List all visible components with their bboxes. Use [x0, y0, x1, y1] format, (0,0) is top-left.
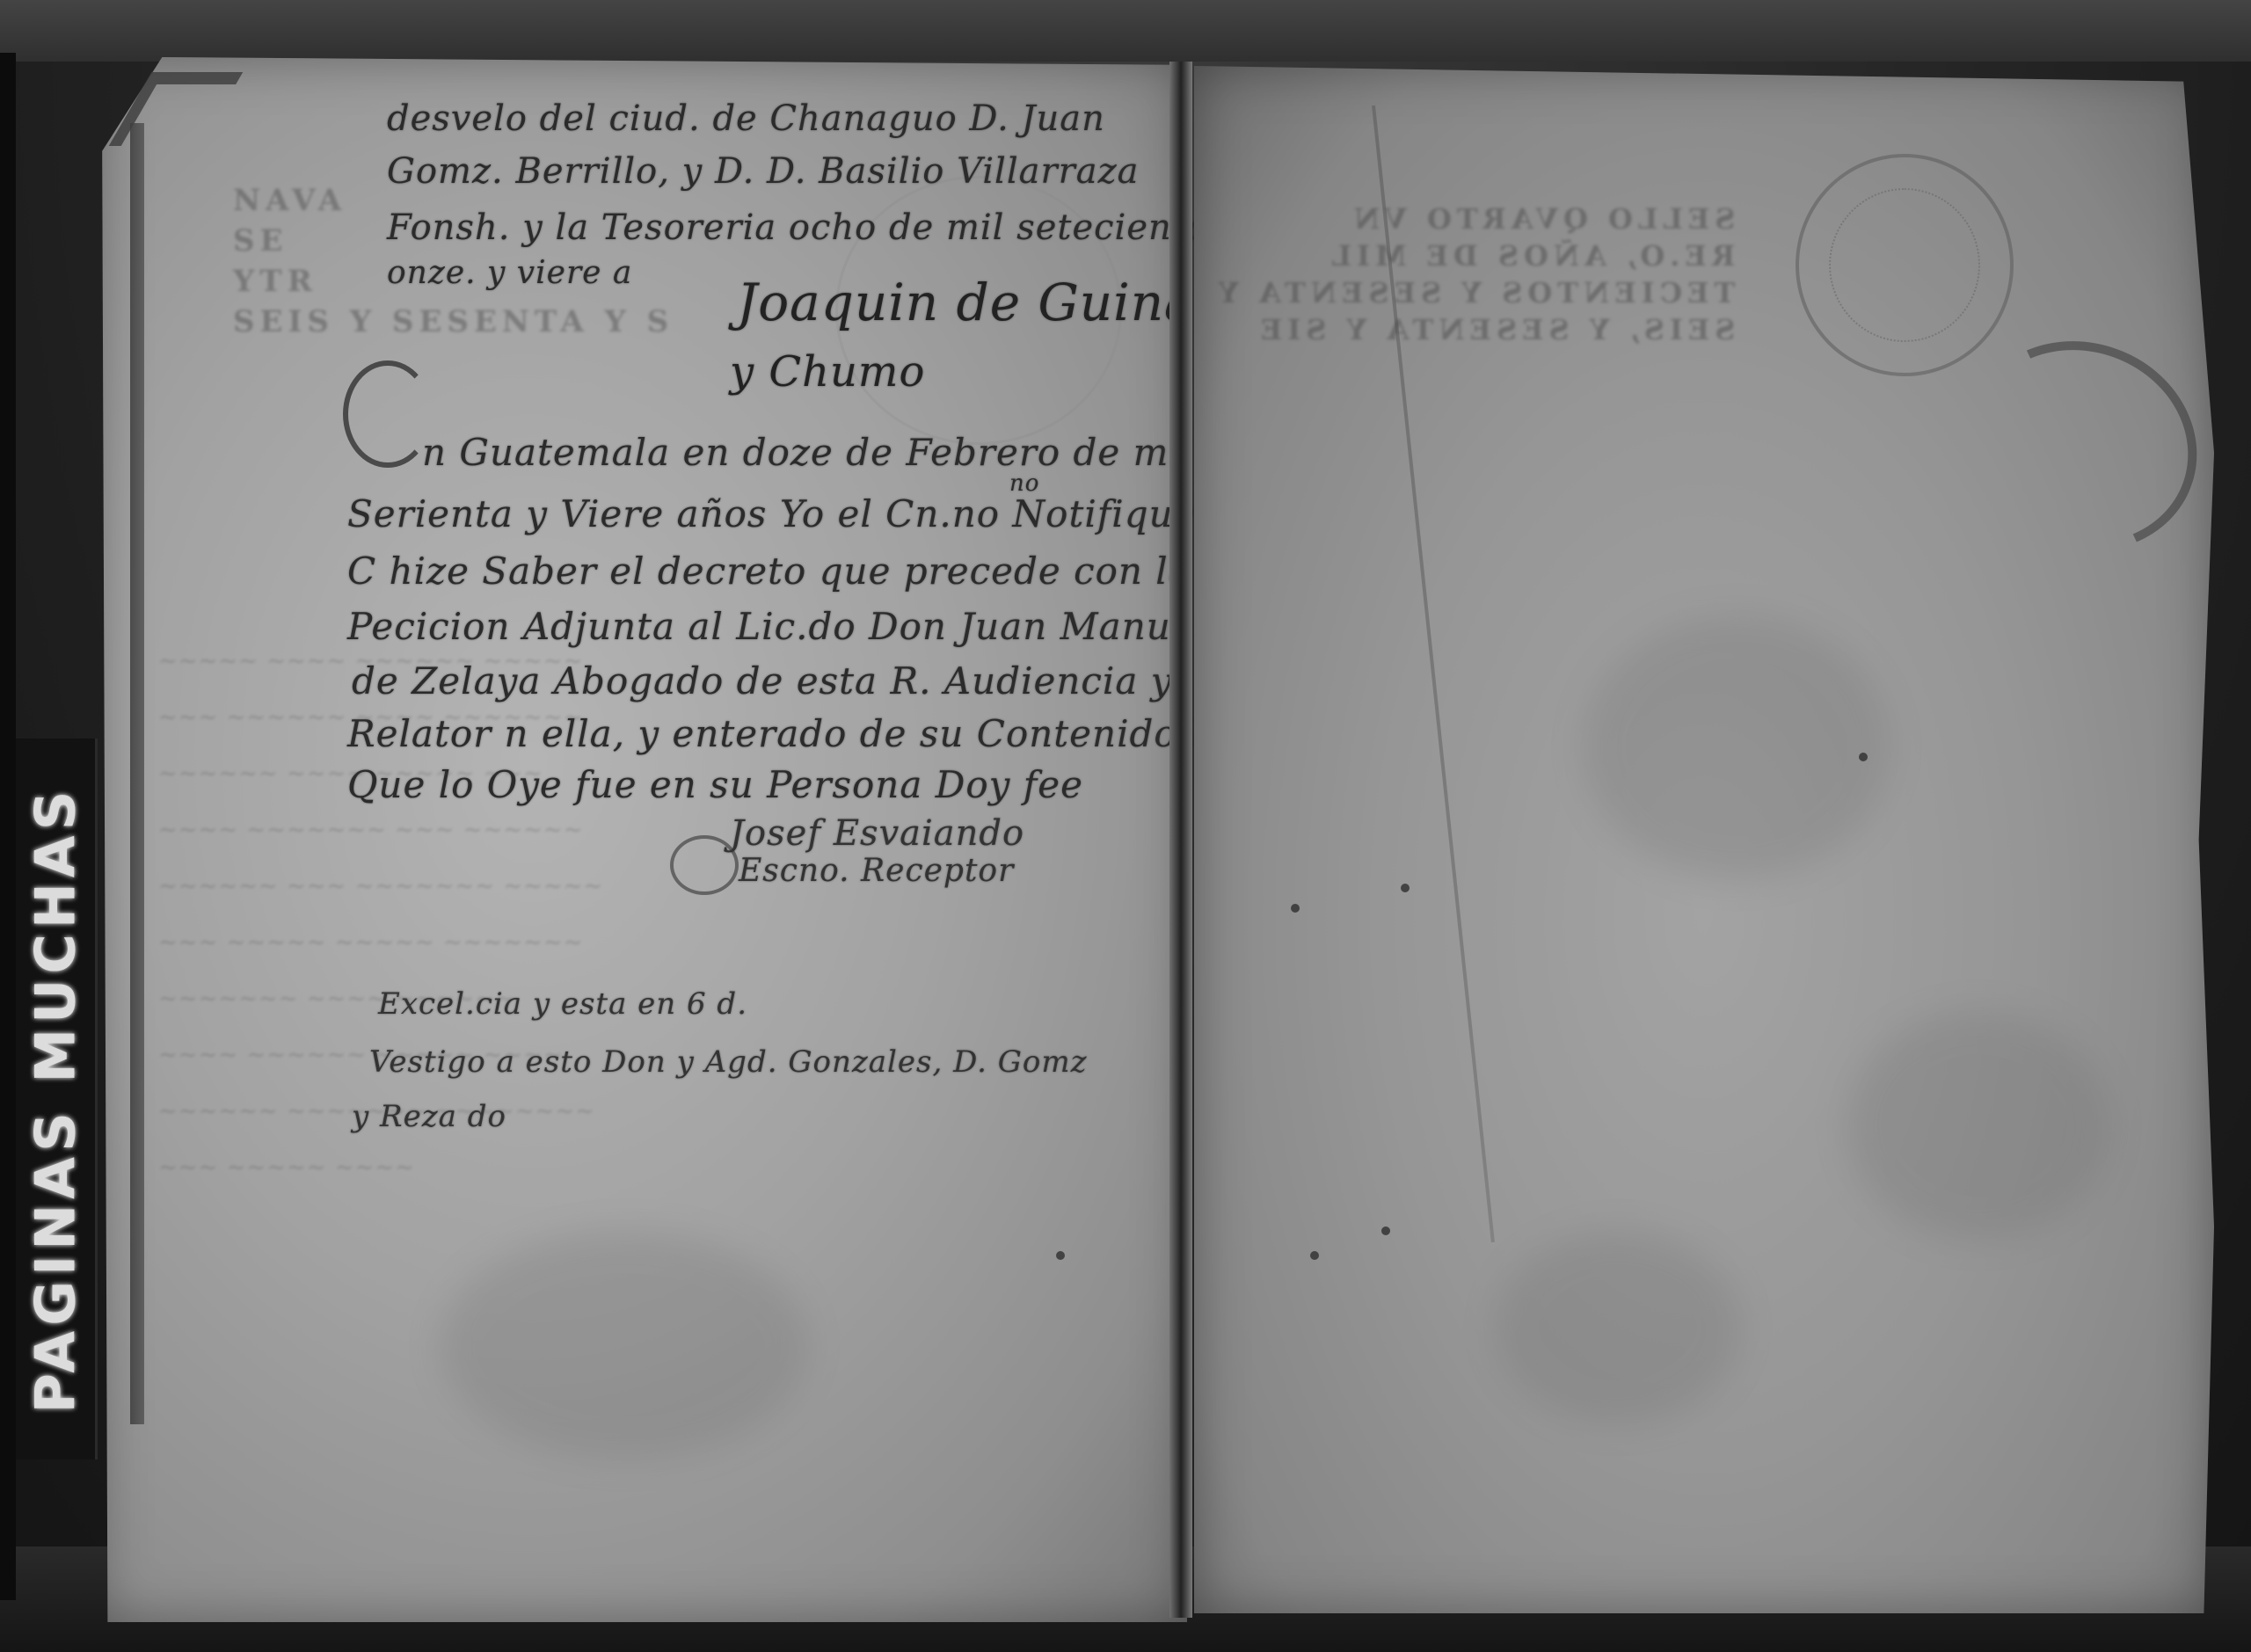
water-stain	[1583, 615, 1890, 879]
ink-spot	[1291, 904, 1300, 913]
circular-seal-stamp	[1796, 154, 2014, 376]
opening-line: desvelo del ciud. de Chanaguo D. Juan	[387, 98, 1105, 139]
bleed-line: SEIS Y SESENTA Y S	[233, 302, 674, 342]
spine-label-text: PAGINAS MUCHAS	[24, 785, 88, 1413]
ink-spot	[1859, 753, 1868, 761]
notary-signature: Josef Esvaiando	[730, 813, 1024, 854]
ink-spot	[1056, 1251, 1065, 1260]
ink-spot	[1381, 1226, 1390, 1235]
notary-rubric	[670, 835, 739, 895]
water-stain	[1847, 1011, 2110, 1240]
notary-title: Escno. Receptor	[739, 853, 1014, 889]
bleed-through-print-right: SELLO QVARTO VN RE.O, AÑOS DE MIL TECIEN…	[1213, 200, 1735, 348]
book-gutter	[1169, 62, 1192, 1618]
opening-line: Fonsh. y la Tesoreria ocho de mil seteci…	[387, 207, 1291, 248]
scanner-top-edge	[0, 0, 2251, 62]
water-stain	[1495, 1231, 1741, 1424]
body-line: C hize Saber el decreto que precede con …	[347, 549, 1191, 593]
spine-label: PAGINAS MUCHAS	[16, 739, 98, 1459]
faint-handwriting-bleed: ~~~~~ ~~~~ ~~~~~~ ~~~~~ ~~~ ~~~~~~ ~~~~ …	[158, 633, 603, 1196]
body-line: Serienta y Viere años Yo el Cn.no Notifi…	[347, 492, 1197, 535]
bleed-line: SEIS, Y SESENTA Y SIE	[1213, 311, 1735, 348]
ink-spot	[1310, 1251, 1319, 1260]
opening-line: onze. y viere a	[387, 255, 632, 291]
bleed-line: TECIENTOS Y SESENTA Y	[1213, 274, 1735, 311]
water-stain	[440, 1231, 809, 1459]
left-page-border	[130, 123, 144, 1424]
seal-inner-ring	[1829, 188, 1980, 343]
ink-spot	[1401, 884, 1410, 892]
binding-strip	[0, 53, 16, 1600]
opening-line: Gomz. Berrillo, y D. D. Basilio Villarra…	[387, 151, 1140, 192]
body-line: n Guatemala en doze de Febrero de mil Ve…	[422, 431, 1272, 474]
bleed-line: RE.O, AÑOS DE MIL	[1213, 237, 1735, 274]
signature-flourish: y Chumo	[730, 347, 925, 397]
bleed-line: SELLO QVARTO VN	[1213, 200, 1735, 237]
initial-capital-flourish	[343, 360, 433, 468]
